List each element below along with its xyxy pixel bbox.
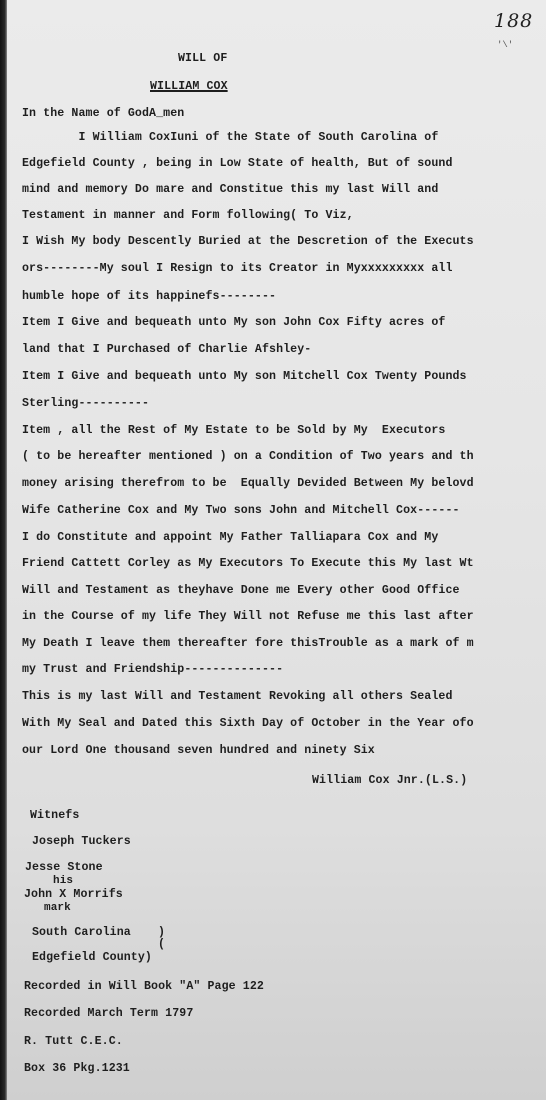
body-line: With My Seal and Dated this Sixth Day of…: [22, 717, 474, 730]
stray-mark: '\': [497, 40, 513, 50]
body-line: in the Course of my life They Will not R…: [22, 610, 474, 623]
body-line: I Wish My body Descently Buried at the D…: [22, 235, 474, 248]
witness-name: Jesse Stone: [25, 861, 103, 874]
body-line: money arising therefrom to be Equally De…: [22, 477, 474, 490]
body-line: In the Name of GodA_men: [22, 107, 184, 120]
body-line: Will and Testament as theyhave Done me E…: [22, 584, 460, 597]
body-line: Wife Catherine Cox and My Two sons John …: [22, 504, 460, 517]
body-line: This is my last Will and Testament Revok…: [22, 690, 453, 703]
body-line: Edgefield County , being in Low State of…: [22, 157, 453, 170]
document-page: 188 '\' WILL OF WILLIAM COX In the Name …: [0, 0, 546, 1100]
witness-name: Joseph Tuckers: [32, 835, 131, 848]
body-line: land that I Purchased of Charlie Afshley…: [22, 343, 311, 356]
witness-mark-name: John X Morrifs: [24, 888, 123, 901]
record-line: R. Tutt C.E.C.: [24, 1035, 123, 1048]
body-line: mind and memory Do mare and Constitue th…: [22, 183, 438, 196]
body-line: Testament in manner and Form following( …: [22, 209, 354, 222]
state-line: South Carolina: [32, 926, 131, 939]
record-line: Recorded in Will Book "A" Page 122: [24, 980, 264, 993]
body-line: ( to be hereafter mentioned ) on a Condi…: [22, 450, 474, 463]
record-line: Recorded March Term 1797: [24, 1007, 193, 1020]
body-line: Item I Give and bequeath unto My son Joh…: [22, 316, 445, 329]
mark-his: his: [53, 875, 73, 887]
record-line: Box 36 Pkg.1231: [24, 1062, 130, 1075]
body-line: Sterling----------: [22, 397, 149, 410]
title-line-1: WILL OF: [178, 52, 227, 65]
body-line: ors--------My soul I Resign to its Creat…: [22, 262, 453, 275]
body-line: Friend Cattett Corley as My Executors To…: [22, 557, 474, 570]
testator-signature: William Cox Jnr.(L.S.): [312, 774, 467, 787]
body-line: our Lord One thousand seven hundred and …: [22, 744, 375, 757]
body-line: humble hope of its happinefs--------: [22, 290, 276, 303]
county-line: Edgefield County): [32, 951, 152, 964]
title-line-2: WILLIAM COX: [150, 80, 228, 93]
body-line: My Death I leave them thereafter fore th…: [22, 637, 474, 650]
mark-label: mark: [44, 902, 71, 914]
body-line: my Trust and Friendship--------------: [22, 663, 283, 676]
page-number: 188: [494, 10, 533, 32]
witness-label: Witnefs: [30, 809, 79, 822]
body-line: Item I Give and bequeath unto My son Mit…: [22, 370, 467, 383]
body-line: Item , all the Rest of My Estate to be S…: [22, 424, 445, 437]
body-line: I William CoxIuni of the State of South …: [22, 131, 438, 144]
bracket: (: [158, 938, 165, 951]
body-line: I do Constitute and appoint My Father Ta…: [22, 531, 438, 544]
scan-edge: [0, 0, 7, 1100]
